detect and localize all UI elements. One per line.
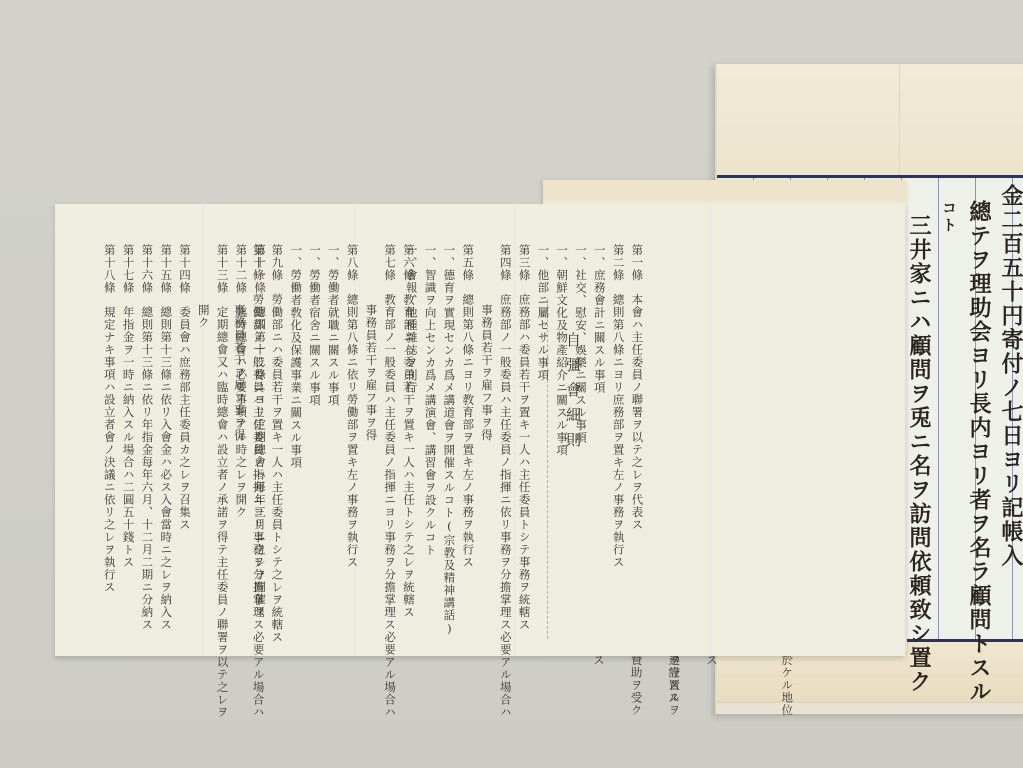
article: 第三條庶務部ハ委員若干ヲ置キ一人ハ主任委員トシテ事務ヲ統轄ス	[517, 244, 531, 719]
list-item: 一、庶務會計ニ關スル事項	[592, 244, 606, 719]
article: 第十三條定期總會又ハ臨時總會ハ設立者ノ承諾ヲ得テ主任委員ノ聯署ヲ以テ之レヲ	[215, 244, 229, 719]
article: 第十一條總則第十二條ニヨリ定期總會ハ每年三月ニ之レヲ開催ス	[252, 244, 266, 719]
article: 第六條教育部ニハ委員若干ヲ置キ一人ハ主任トシテ之レヲ統轄ス	[401, 244, 415, 719]
article: 第八條總則第八條ニ依リ勞働部ヲ置キ左ノ事務ヲ執行ス	[345, 244, 359, 719]
article: 第七條教育部ノ一般委員ハ主任委員ノ指揮ニヨリ事務ヲ分擔掌理ス必要アル場合ハ	[382, 244, 396, 719]
detailed-rules-leaflet: 自彊會細則 第一條本會ハ主任委員ノ聯署ヲ以テ之レヲ代表ス 第二條總則第八條ニヨリ…	[55, 204, 905, 656]
notebook-line-3: コト	[941, 200, 956, 234]
list-item: 一、朝鮮文化及物產紹介ニ關スル事項	[554, 244, 568, 719]
list-item: 一、勞働者就職ニ關スル事項	[326, 244, 340, 719]
article-continuation: 事務員若干ヲ雇フ事ヲ得	[364, 244, 378, 719]
article: 第十八條規定ナキ事項ハ設立者會ノ決議ニ依リ之レヲ執行ス	[102, 244, 116, 719]
notebook-line-1: 金二百五十円寄付ノ七日ヨリ記帳入	[999, 184, 1021, 568]
notebook-top-margin	[717, 64, 1023, 176]
article: 第十四條委員會ハ庶務部主任委員カ之レヲ召集ス	[177, 244, 191, 719]
article: 第十五條總則第十三條ニ依リ入會金ハ必ス入會當時ニ之レヲ納入ス	[158, 244, 172, 719]
article: 第十二條臨時總會ハ必要事項アル時之レヲ開ク	[234, 244, 248, 719]
article: 第二條總則第八條ニヨリ庶務部ヲ置キ左ノ事務ヲ執行ス	[611, 244, 625, 719]
list-item: 一、勞働者敎化及保護事業ニ關スル事項	[288, 244, 302, 719]
article: 第十六條總則第十三條ニ依リ年指金每年六月、十二月二期ニ分納ス	[140, 244, 154, 719]
article-continuation: 開ク	[196, 244, 210, 719]
notebook-fold-line	[899, 64, 900, 176]
notebook-line-4: 三井家ニハ顧問ヲ兎ニ名ヲ訪問依頼致シ置ク	[907, 214, 929, 694]
list-item: 一、智識ヲ向上センカ爲メ講演會、講習會ヲ設クルコト	[423, 244, 437, 719]
list-item: 一、社交、慰安、娛樂ニ關スル事項	[573, 244, 587, 719]
article: 第十七條年指金ヲ一時ニ納入スル場合ハ二圓五十錢トス	[121, 244, 135, 719]
article: 第四條庶務部ノ一般委員ハ主任委員ノ指揮ニ依リ事務ヲ分擔掌理ス必要アル場合ハ	[498, 244, 512, 719]
notebook-line-2: 總テヲ理助会ヨリ長内ヨリ者ヲ名ラ顧問トスル	[967, 200, 989, 704]
leaflet-fold	[710, 204, 712, 656]
leaflet-articles-1-5: 第一條本會ハ主任委員ノ聯署ヲ以テ之レヲ代表ス 第二條總則第八條ニヨリ庶務部ヲ置キ…	[399, 244, 643, 719]
article: 第五條總則第八條ニヨリ教育部ヲ置キ左ノ事務ヲ執行ス	[460, 244, 474, 719]
article: 第九條勞働部ニハ委員若干ヲ置キ一人ハ主任委員トシテ之レヲ統轄ス	[270, 244, 284, 719]
list-item: 一、勞働者宿舍ニ關スル事項	[307, 244, 321, 719]
list-item: 一、他部ニ屬セサル事項	[536, 244, 550, 719]
article-continuation: 事務員若干ヲ雇フ事ヲ得	[479, 244, 493, 719]
list-item: 一、德育ヲ實現センカ爲メ講道會ヲ開催スルコト(宗教及精神講話)	[442, 244, 456, 719]
bylaws-page-top-strip	[543, 180, 907, 202]
leaflet-articles-11-18: 第十一條總則第十二條ニヨリ定期總會ハ每年三月ニ之レヲ開催ス 第十二條臨時總會ハ必…	[97, 244, 266, 719]
article: 第一條本會ハ主任委員ノ聯署ヲ以テ之レヲ代表ス	[630, 244, 644, 719]
